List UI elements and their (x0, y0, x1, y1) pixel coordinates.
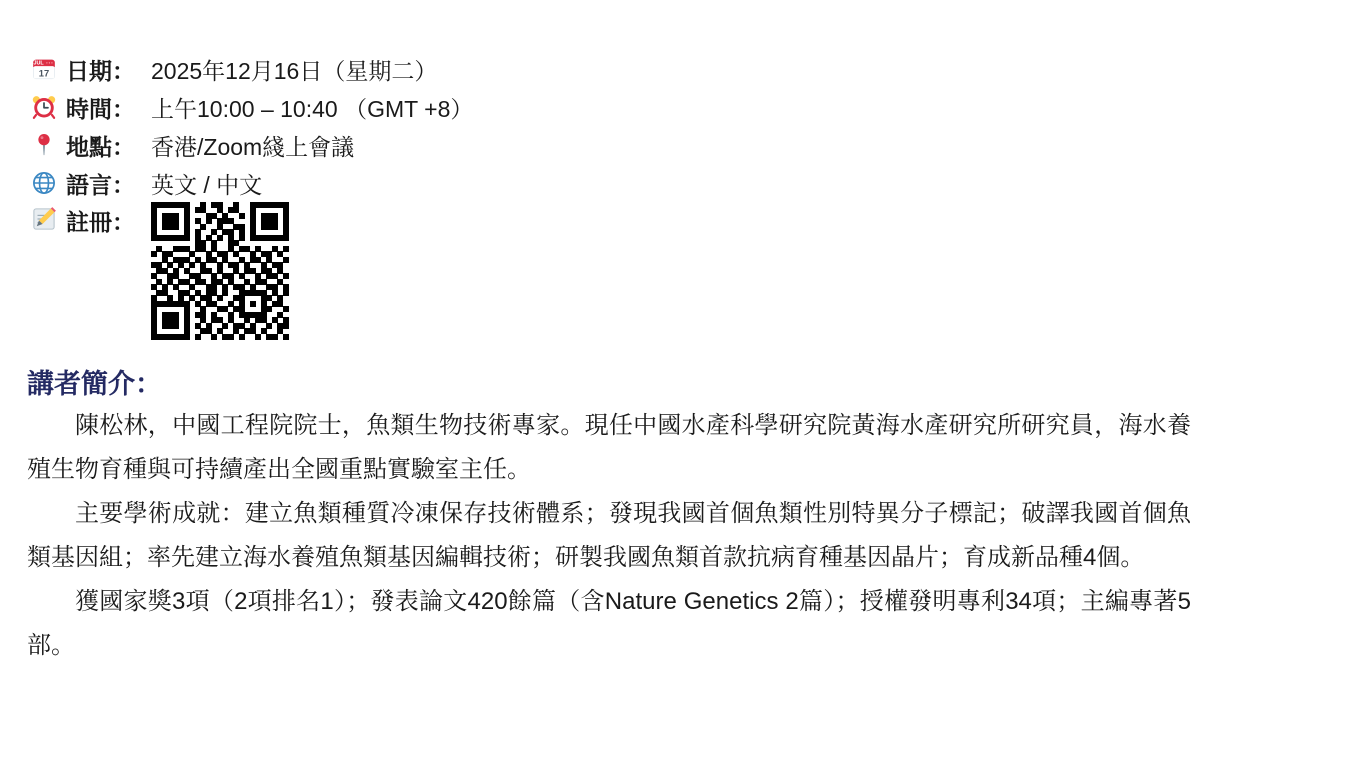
event-info-row-time: 時間： 上午10:00 – 10:40 （GMT +8） (30, 88, 473, 126)
globe-icon (30, 170, 57, 197)
qr-code-wrap (151, 202, 289, 340)
event-info-label: 地點： (66, 129, 145, 162)
pushpin-icon (30, 132, 57, 159)
event-info-row-date: JUL 17 日期： 2025年12月16日（星期二） (30, 50, 473, 88)
speaker-bio: 陳松林，中國工程院院士，魚類生物技術專家。現任中國水產科學研究院黃海水產研究所研… (27, 404, 1191, 668)
event-info-label: 語言： (66, 167, 145, 200)
event-info-row-registration: 註冊： (30, 202, 473, 340)
memo-icon (30, 205, 57, 232)
speaker-bio-paragraph: 陳松林，中國工程院院士，魚類生物技術專家。現任中國水產科學研究院黃海水產研究所研… (27, 404, 1191, 492)
event-info-row-location: 地點： 香港/Zoom綫上會議 (30, 126, 473, 164)
svg-text:JUL: JUL (33, 61, 44, 67)
event-info-value: 英文 / 中文 (151, 167, 262, 200)
speaker-bio-paragraph: 主要學術成就：建立魚類種質冷凍保存技術體系；發現我國首個魚類性別特異分子標記；破… (27, 492, 1191, 580)
speaker-bio-paragraph: 獲國家獎3項（2項排名1）；發表論文420餘篇（含Nature Genetics… (27, 580, 1191, 668)
event-info-label: 註冊： (66, 202, 145, 237)
event-info-label: 日期： (66, 53, 145, 86)
event-info-label: 時間： (66, 91, 145, 124)
svg-text:17: 17 (38, 69, 48, 79)
document-page: JUL 17 日期： 2025年12月16日（星期二） (0, 0, 1366, 768)
calendar-icon: JUL 17 (30, 56, 57, 83)
qr-code (151, 202, 289, 340)
event-info-list: JUL 17 日期： 2025年12月16日（星期二） (30, 50, 473, 340)
event-info-row-language: 語言： 英文 / 中文 (30, 164, 473, 202)
event-info-value: 上午10:00 – 10:40 （GMT +8） (151, 91, 473, 124)
event-info-value: 香港/Zoom綫上會議 (151, 129, 354, 162)
alarm-clock-icon (30, 94, 57, 121)
speaker-bio-heading: 講者簡介： (27, 362, 162, 401)
event-info-value: 2025年12月16日（星期二） (151, 53, 437, 86)
